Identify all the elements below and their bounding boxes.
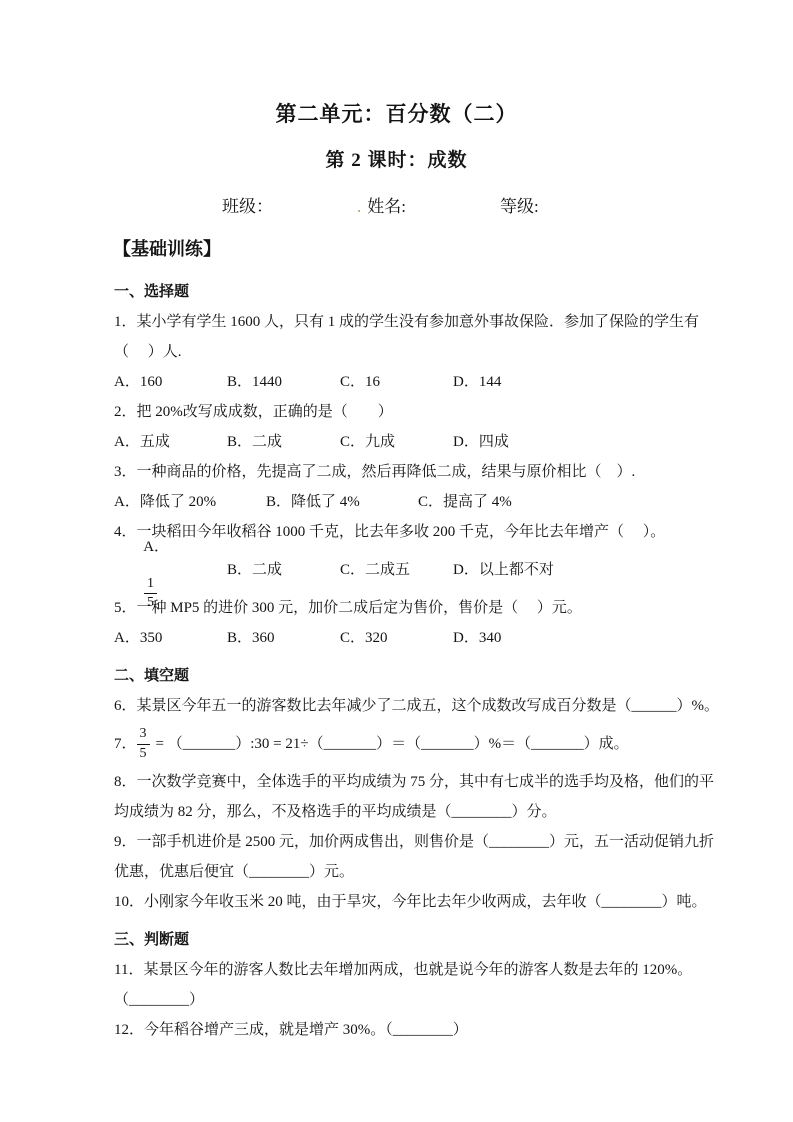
q1-line2: （ ）人. [114,337,793,367]
student-info-row: 班级： . 姓名: 等级: [222,194,793,220]
q3-option-c: C．提高了 4% [418,487,512,517]
q2-option-a: A．五成 [114,427,227,457]
q8-line1: 8．一次数学竞赛中，全体选手的平均成绩为 75 分，其中有七成半的选手均及格，他… [114,767,793,797]
q5-option-c: C．320 [340,623,453,653]
q9-line1: 9．一部手机进价是 2500 元，加价两成售出，则售价是（________）元，… [114,827,793,857]
q5-line1: 5．一种 MP5 的进价 300 元，加价二成后定为售价，售价是（ ）元。 [114,593,793,623]
q4-option-d: D．以上都不对 [453,547,554,593]
q1-option-a: A．160 [114,367,227,397]
q9-line2: 优惠，优惠后便宜（________）元。 [114,857,793,887]
grade-label: 等级: [500,194,539,220]
q1-option-c: C．16 [340,367,453,397]
section-fill-heading: 二、填空题 [114,661,793,691]
q2-line1: 2．把 20%改写成成数，正确的是（ ） [114,397,793,427]
q10-line1: 10．小刚家今年收玉米 20 吨，由于旱灾，今年比去年少收两成，去年收（____… [114,887,793,917]
name-label: 姓名: [367,194,406,220]
q3-option-b: B．降低了 4% [266,487,418,517]
q7-line1: 7． 3 5 = （_______）:30 = 21÷（_______）＝（__… [114,721,793,767]
page-title: 第二单元：百分数（二） [0,98,793,130]
q2-options-row: A．五成 B．二成 C．九成 D．四成 [114,427,793,457]
page-subtitle: 第 2 课时：成数 [0,146,793,176]
q6-line1: 6．某景区今年五一的游客数比去年减少了二成五，这个成数改写成百分数是（_____… [114,691,793,721]
class-label: 班级： [222,194,273,220]
q7-fraction: 3 5 [137,726,150,761]
section-choice-heading: 一、选择题 [114,277,793,307]
q7-equation: = （_______）:30 = 21÷（_______）＝（_______）%… [156,721,629,767]
q2-option-c: C．九成 [340,427,453,457]
worksheet-content: 一、选择题 1．某小学有学生 1600 人，只有 1 成的学生没有参加意外事故保… [0,277,793,1045]
q1-options-row: A．160 B．1440 C．16 D．144 [114,367,793,397]
q5-options-row: A．350 B．360 C．320 D．340 [114,623,793,653]
q12-line1: 12．今年稻谷增产三成，就是增产 30%。（________） [114,1015,793,1045]
q7-number: 7． [114,721,137,767]
q5-option-b: B．360 [227,623,340,653]
q4-option-b: B．二成 [227,547,340,593]
q8-line2: 均成绩为 82 分，那么，不及格选手的平均成绩是（________）分。 [114,797,793,827]
q5-option-a: A．350 [114,623,227,653]
q2-option-d: D．四成 [453,427,509,457]
fraction-numerator: 1 [144,576,157,593]
q1-line1: 1．某小学有学生 1600 人，只有 1 成的学生没有参加意外事故保险．参加了保… [114,307,793,337]
q4-option-c: C．二成五 [340,547,453,593]
q11-line1: 11．某景区今年的游客人数比去年增加两成，也就是说今年的游客人数是去年的 120… [114,955,793,985]
worksheet-page: 第二单元：百分数（二） 第 2 课时：成数 班级： . 姓名: 等级: 【基础训… [0,0,793,1122]
q1-option-b: B．1440 [227,367,340,397]
header-dot: . [357,194,361,220]
q4-option-a-label: A． [143,539,169,555]
q5-option-d: D．340 [453,623,501,653]
q2-option-b: B．二成 [227,427,340,457]
fraction-numerator: 3 [137,726,150,743]
basic-training-heading: 【基础训练】 [113,236,793,262]
fraction-denominator: 5 [137,744,150,762]
section-judge-heading: 三、判断题 [114,925,793,955]
q11-answer-blank: （________） [114,985,793,1015]
q1-option-d: D．144 [453,367,501,397]
q4-options-row: A． 1 5 B．二成 C．二成五 D．以上都不对 [114,547,793,593]
